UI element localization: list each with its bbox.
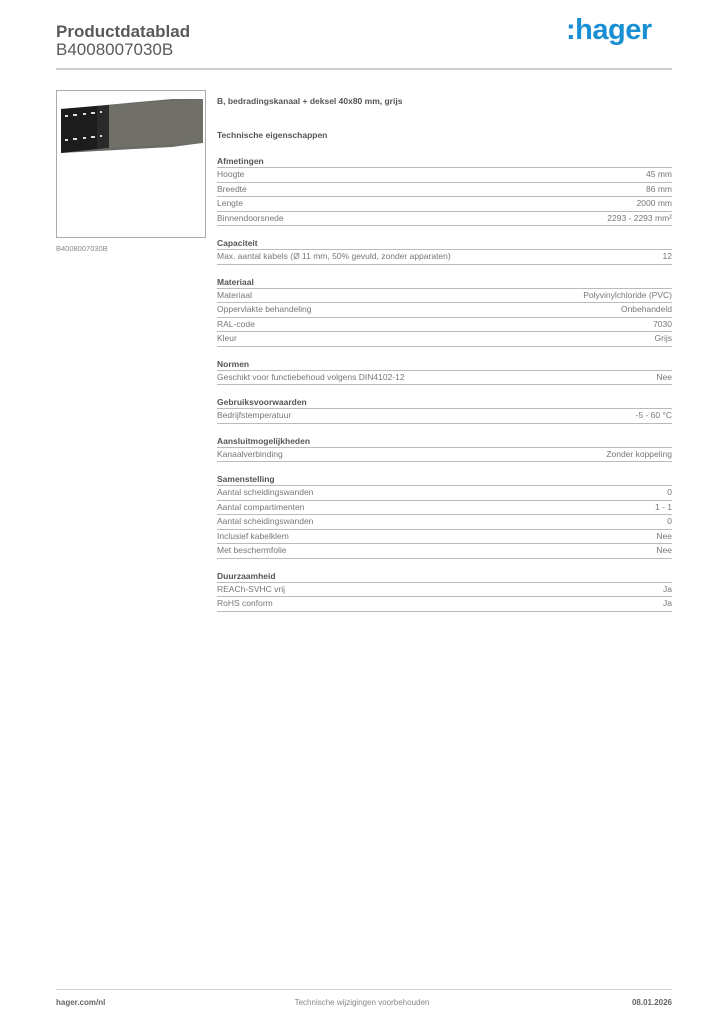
hager-logo: :hager <box>566 14 652 47</box>
spec-section: AfmetingenHoogte45 mmBreedte86 mmLengte2… <box>217 155 672 226</box>
spec-label: Max. aantal kabels (Ø 11 mm, 50% gevuld,… <box>217 250 451 264</box>
spec-row: Met beschermfolieNee <box>217 544 672 559</box>
spec-label: Binnendoorsnede <box>217 212 284 226</box>
spec-label: Bedrijfstemperatuur <box>217 409 291 423</box>
spec-label: Geschikt voor functiebehoud volgens DIN4… <box>217 371 405 385</box>
spec-value: Ja <box>663 597 672 611</box>
spec-row: REACh-SVHC vrijJa <box>217 583 672 598</box>
spec-value: Polyvinylchloride (PVC) <box>583 289 672 303</box>
spec-row: Aantal scheidingswanden0 <box>217 486 672 501</box>
spec-row: Bedrijfstemperatuur-5 - 60 °C <box>217 409 672 424</box>
spec-label: Lengte <box>217 197 243 211</box>
spec-label: Kanaalverbinding <box>217 448 283 462</box>
spec-value: 1 - 1 <box>655 501 672 515</box>
footer-divider <box>56 989 672 990</box>
spec-section: AansluitmogelijkhedenKanaalverbindingZon… <box>217 435 672 463</box>
spec-row: Lengte2000 mm <box>217 197 672 212</box>
spec-value: Nee <box>656 544 672 558</box>
section-title: Samenstelling <box>217 473 672 486</box>
spec-value: Onbehandeld <box>621 303 672 317</box>
spec-value: 2000 mm <box>637 197 672 211</box>
spec-value: 2293 - 2293 mm² <box>607 212 672 226</box>
spec-value: 7030 <box>653 318 672 332</box>
section-title: Capaciteit <box>217 237 672 250</box>
spec-section: GebruiksvoorwaardenBedrijfstemperatuur-5… <box>217 396 672 424</box>
footer-date: 08.01.2026 <box>632 998 672 1007</box>
spec-label: Inclusief kabelklem <box>217 530 289 544</box>
spec-label: Oppervlakte behandeling <box>217 303 312 317</box>
spec-value: Ja <box>663 583 672 597</box>
image-caption: B4008007030B <box>56 244 108 253</box>
spec-section: NormenGeschikt voor functiebehoud volgen… <box>217 358 672 386</box>
spec-value: 86 mm <box>646 183 672 197</box>
spec-label: Met beschermfolie <box>217 544 286 558</box>
spec-row: KleurGrijs <box>217 332 672 347</box>
spec-value: Grijs <box>655 332 672 346</box>
spec-value: 0 <box>667 486 672 500</box>
spec-label: Materiaal <box>217 289 252 303</box>
spec-value: -5 - 60 °C <box>636 409 672 423</box>
spec-section: MateriaalMateriaalPolyvinylchloride (PVC… <box>217 276 672 347</box>
spec-row: Aantal compartimenten1 - 1 <box>217 501 672 516</box>
spec-value: 45 mm <box>646 168 672 182</box>
product-code: B4008007030B <box>56 40 173 60</box>
tech-heading: Technische eigenschappen <box>217 130 672 144</box>
section-title: Aansluitmogelijkheden <box>217 435 672 448</box>
spec-row: RoHS conformJa <box>217 597 672 612</box>
spec-row: RAL-code7030 <box>217 318 672 333</box>
spec-label: Kleur <box>217 332 237 346</box>
spec-row: Geschikt voor functiebehoud volgens DIN4… <box>217 371 672 386</box>
spec-label: RoHS conform <box>217 597 273 611</box>
section-title: Afmetingen <box>217 155 672 168</box>
spec-row: Hoogte45 mm <box>217 168 672 183</box>
product-image <box>56 90 206 238</box>
spec-row: Aantal scheidingswanden0 <box>217 515 672 530</box>
section-title: Gebruiksvoorwaarden <box>217 396 672 409</box>
spec-label: Breedte <box>217 183 247 197</box>
spec-row: Binnendoorsnede2293 - 2293 mm² <box>217 212 672 227</box>
spec-label: REACh-SVHC vrij <box>217 583 285 597</box>
spec-row: KanaalverbindingZonder koppeling <box>217 448 672 463</box>
footer-disclaimer: Technische wijzigingen voorbehouden <box>0 998 724 1007</box>
document-title: Productdatablad <box>56 22 190 42</box>
spec-value: Zonder koppeling <box>606 448 672 462</box>
spec-row: MateriaalPolyvinylchloride (PVC) <box>217 289 672 304</box>
specifications: B, bedradingskanaal + deksel 40x80 mm, g… <box>217 96 672 612</box>
spec-section: CapaciteitMax. aantal kabels (Ø 11 mm, 5… <box>217 237 672 265</box>
spec-label: Aantal compartimenten <box>217 501 304 515</box>
spec-sections: AfmetingenHoogte45 mmBreedte86 mmLengte2… <box>217 155 672 612</box>
spec-value: 12 <box>663 250 672 264</box>
header-divider <box>56 68 672 70</box>
spec-label: Aantal scheidingswanden <box>217 515 313 529</box>
spec-label: RAL-code <box>217 318 255 332</box>
spec-value: Nee <box>656 371 672 385</box>
spec-section: SamenstellingAantal scheidingswanden0Aan… <box>217 473 672 559</box>
spec-row: Inclusief kabelklemNee <box>217 530 672 545</box>
spec-value: 0 <box>667 515 672 529</box>
spec-label: Aantal scheidingswanden <box>217 486 313 500</box>
product-title: B, bedradingskanaal + deksel 40x80 mm, g… <box>217 96 672 110</box>
section-title: Duurzaamheid <box>217 570 672 583</box>
section-title: Materiaal <box>217 276 672 289</box>
spec-label: Hoogte <box>217 168 244 182</box>
spec-value: Nee <box>656 530 672 544</box>
section-title: Normen <box>217 358 672 371</box>
spec-row: Breedte86 mm <box>217 183 672 198</box>
spec-row: Oppervlakte behandelingOnbehandeld <box>217 303 672 318</box>
spec-section: DuurzaamheidREACh-SVHC vrijJaRoHS confor… <box>217 570 672 612</box>
spec-row: Max. aantal kabels (Ø 11 mm, 50% gevuld,… <box>217 250 672 265</box>
